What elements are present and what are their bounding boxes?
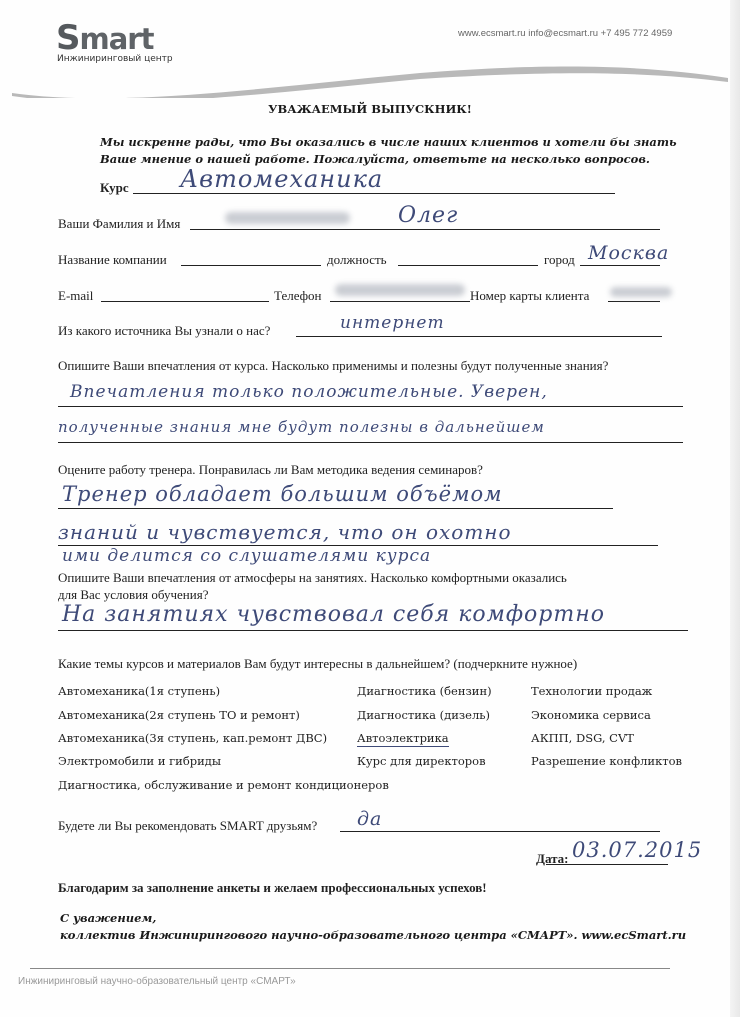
scan-edge	[730, 0, 740, 1017]
answer-text[interactable]: На занятиях чувствовал себя комфортно	[62, 602, 605, 627]
position-label: должность	[327, 252, 387, 268]
recommend-line	[340, 831, 660, 832]
answer-text[interactable]: Впечатления только положительные. Уверен…	[70, 382, 548, 402]
question-course-impressions: Опишите Ваши впечатления от курса. Наско…	[58, 358, 608, 374]
footer-divider	[30, 968, 670, 969]
topic-item[interactable]: Экономика сервиса	[531, 708, 651, 722]
city-label: город	[544, 252, 575, 268]
name-label: Ваши Фамилия и Имя	[58, 216, 180, 232]
redacted-surname	[225, 212, 350, 224]
redacted-phone	[335, 284, 465, 296]
footer-text: Инжиниринговый научно-образовательный це…	[18, 976, 296, 987]
topic-item[interactable]: Автомеханика(2я ступень ТО и ремонт)	[58, 708, 300, 722]
answer-text[interactable]: полученные знания мне будут полезны в да…	[58, 418, 545, 436]
topics-prompt: Какие темы курсов и материалов Вам будут…	[58, 656, 577, 672]
topic-item[interactable]: Технологии продаж	[531, 684, 652, 698]
answer-text[interactable]: ими делится со слушателями курса	[62, 546, 431, 566]
card-line	[608, 301, 660, 302]
answer-line	[58, 442, 683, 443]
topic-item[interactable]: Диагностика (бензин)	[357, 684, 492, 698]
course-label: Курс	[100, 180, 129, 196]
form-intro: Мы искренне рады, что Вы оказались в чис…	[100, 134, 677, 168]
city-line	[580, 265, 660, 266]
question-trainer: Оцените работу тренера. Понравилась ли В…	[58, 462, 483, 478]
date-value[interactable]: 03.07.2015	[572, 838, 702, 862]
header-contacts: www.ecsmart.ru info@ecsmart.ru +7 495 77…	[458, 28, 672, 39]
topic-item[interactable]: Автомеханика(3я ступень, кап.ремонт ДВС)	[58, 731, 327, 745]
answer-text[interactable]: знаний и чувствуется, что он охотно	[58, 520, 512, 544]
topic-item[interactable]: АКПП, DSG, CVT	[531, 731, 634, 745]
name-value[interactable]: Олег	[398, 203, 458, 228]
source-value[interactable]: интернет	[340, 313, 445, 333]
topic-item[interactable]: Диагностика (дизель)	[357, 708, 490, 722]
recommend-label: Будете ли Вы рекомендовать SMART друзьям…	[58, 818, 317, 834]
course-line	[133, 193, 615, 194]
signoff: С уважением, коллектив Инжинирингового н…	[60, 910, 686, 944]
topic-item[interactable]: Курс для директоров	[357, 754, 486, 768]
email-line[interactable]	[101, 301, 269, 302]
course-value[interactable]: Автомеханика	[180, 165, 383, 193]
answer-line	[58, 508, 613, 509]
company-line[interactable]	[181, 265, 321, 266]
redacted-card	[610, 287, 672, 297]
question-atmosphere: Опишите Ваши впечатления от атмосферы на…	[58, 569, 567, 603]
topic-item[interactable]: Диагностика, обслуживание и ремонт конди…	[58, 778, 389, 792]
topic-item[interactable]: Электромобили и гибриды	[58, 754, 221, 768]
header-swoosh	[0, 48, 740, 98]
scanned-feedback-form: Smart Инжиниринговый центр www.ecsmart.r…	[0, 0, 740, 1017]
thanks-text: Благодарим за заполнение анкеты и желаем…	[58, 880, 487, 896]
topic-item[interactable]: Разрешение конфликтов	[531, 754, 682, 768]
form-title: УВАЖАЕМЫЙ ВЫПУСКНИК!	[0, 102, 740, 116]
email-label: E-mail	[58, 288, 93, 304]
name-line	[190, 229, 660, 230]
date-label: Дата:	[536, 851, 568, 867]
topic-item[interactable]: Автомеханика(1я ступень)	[58, 684, 220, 698]
source-label: Из какого источника Вы узнали о нас?	[58, 323, 270, 339]
answer-text[interactable]: Тренер обладает большим объёмом	[62, 482, 503, 506]
answer-line	[58, 630, 688, 631]
card-label: Номер карты клиента	[470, 288, 589, 304]
source-line	[296, 336, 662, 337]
company-label: Название компании	[58, 252, 167, 268]
recommend-value[interactable]: да	[357, 808, 382, 830]
date-line	[568, 864, 668, 865]
phone-label: Телефон	[274, 288, 322, 304]
topic-item-selected[interactable]: Автоэлектрика	[357, 731, 449, 747]
phone-line	[330, 301, 470, 302]
city-value[interactable]: Москва	[588, 242, 669, 264]
position-line[interactable]	[398, 265, 538, 266]
answer-line	[58, 406, 683, 407]
